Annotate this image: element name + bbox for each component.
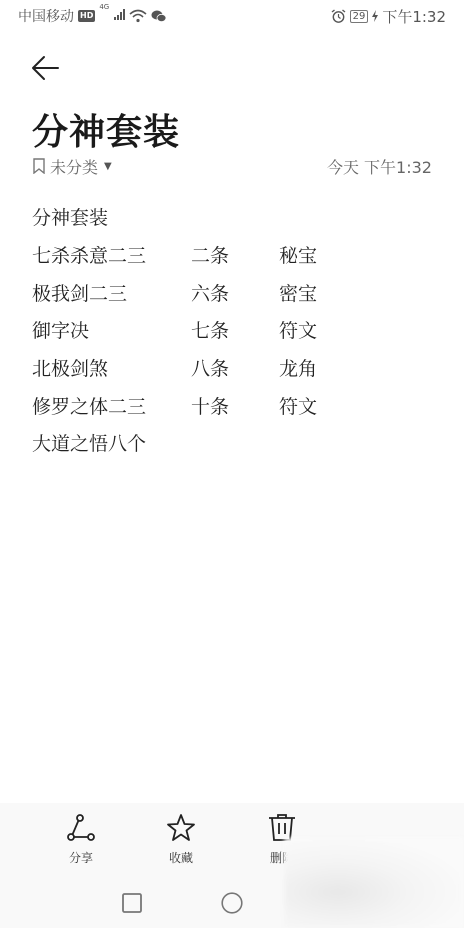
charging-icon [372, 10, 378, 22]
category-dropdown[interactable]: 未分类 ▼ [32, 155, 112, 178]
alarm-icon [331, 9, 346, 24]
note-body[interactable]: 分神套装 七杀杀意二三 二条 秘宝 极我剑二三 六条 密宝 御字决 七条 符文 … [32, 198, 444, 462]
line-text: 分神套装 [32, 203, 191, 230]
item-name: 御字决 [32, 316, 191, 343]
item-count: 十条 [191, 392, 279, 419]
line-text: 大道之悟八个 [32, 429, 191, 456]
share-label: 分享 [69, 849, 93, 866]
share-icon [66, 813, 96, 843]
category-label: 未分类 [50, 155, 98, 178]
item-count: 六条 [191, 279, 279, 306]
arrow-left-icon [30, 52, 62, 84]
status-bar: 中国移动 HD 4G 29 下午1:32 [0, 0, 464, 32]
star-icon [166, 813, 196, 843]
item-source: 密宝 [279, 279, 317, 306]
circle-icon [221, 892, 243, 914]
item-name: 北极剑煞 [32, 354, 191, 381]
item-name: 七杀杀意二三 [32, 241, 191, 268]
bookmark-icon [32, 158, 46, 174]
network-type: 4G [99, 3, 109, 11]
item-source: 秘宝 [279, 241, 317, 268]
status-time: 下午1:32 [382, 6, 446, 27]
favorite-button[interactable]: 收藏 [151, 813, 211, 866]
signal-icon: 4G [99, 8, 124, 24]
hd-icon: HD [78, 10, 95, 22]
note-line: 大道之悟八个 [32, 424, 444, 462]
recent-apps-button[interactable] [122, 893, 142, 917]
item-source: 龙角 [279, 354, 317, 381]
carrier-name: 中国移动 [18, 6, 74, 26]
note-line: 极我剑二三 六条 密宝 [32, 273, 444, 311]
battery-icon: 29 [350, 10, 369, 23]
item-count: 七条 [191, 316, 279, 343]
item-source: 符文 [279, 392, 317, 419]
note-line: 御字决 七条 符文 [32, 311, 444, 349]
wechat-icon [151, 9, 167, 23]
favorite-label: 收藏 [169, 849, 193, 866]
note-meta: 未分类 ▼ 今天 下午1:32 [32, 154, 432, 178]
item-count: 二条 [191, 241, 279, 268]
status-left: 中国移动 HD 4G [18, 6, 167, 26]
note-line: 分神套装 [32, 198, 444, 236]
square-icon [122, 893, 142, 913]
blur-overlay [284, 838, 464, 928]
note-line: 修罗之体二三 十条 符文 [32, 386, 444, 424]
status-right: 29 下午1:32 [331, 6, 446, 27]
note-date: 今天 下午1:32 [327, 155, 432, 178]
back-button[interactable] [30, 52, 62, 84]
share-button[interactable]: 分享 [51, 813, 111, 866]
item-name: 修罗之体二三 [32, 392, 191, 419]
note-line: 北极剑煞 八条 龙角 [32, 349, 444, 387]
item-count: 八条 [191, 354, 279, 381]
wifi-icon [129, 9, 147, 23]
caret-down-icon: ▼ [104, 161, 112, 172]
home-button[interactable] [221, 892, 243, 918]
note-line: 七杀杀意二三 二条 秘宝 [32, 236, 444, 274]
item-source: 符文 [279, 316, 317, 343]
item-name: 极我剑二三 [32, 279, 191, 306]
note-title[interactable]: 分神套装 [32, 104, 180, 155]
